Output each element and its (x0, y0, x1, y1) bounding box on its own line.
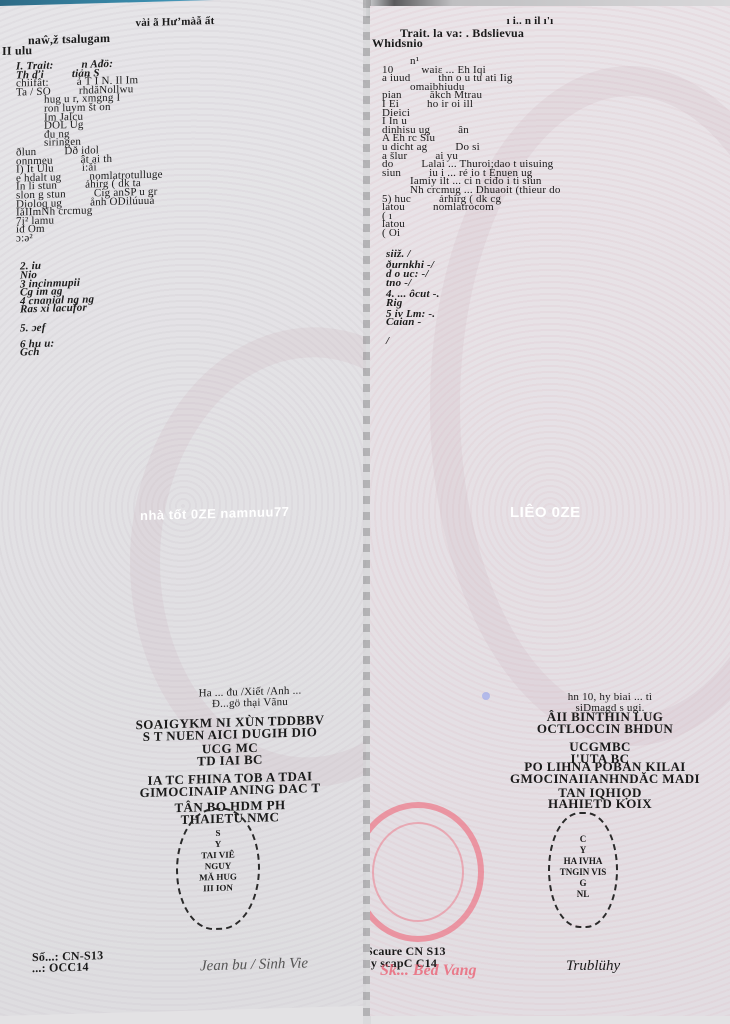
signature: Trublühy (566, 958, 620, 975)
stamp-text: HA IVHA (550, 856, 616, 867)
official-stamp: CYHA IVHATNGIN VISGNL (548, 812, 618, 928)
field-label: ɔ:ə² (16, 232, 33, 244)
section-row: 5. ɔef (20, 323, 46, 335)
left-page: vài ã Hư’màẫ ẩt naŵ,ž tsalugam II ulu I.… (0, 0, 366, 1016)
stamp-text: Y (550, 845, 616, 856)
serial-line2: ...: OCC14 (32, 962, 89, 975)
stamp-text: TNGIN VIS (550, 867, 616, 878)
heading-line2: naŵ,ž tsalugam (28, 33, 110, 46)
section-row: Caian - (386, 317, 421, 328)
field-value: Do si (455, 141, 480, 153)
ink-mark (482, 692, 490, 700)
field-row: ɔ:ə² (16, 232, 61, 244)
signature: Jean bu / Sinh Vie (200, 955, 308, 975)
section-row: Gch (20, 347, 40, 359)
stamp-text: G (550, 878, 616, 889)
stamp-text: NL (550, 889, 616, 900)
watermark: LIÊO 0ZE (510, 504, 581, 521)
sign-title6: GMOCINAIIANHNDĂC MADI (460, 772, 730, 785)
field-row: ( Oi (382, 228, 428, 239)
heading-line3: Whidsnio (372, 38, 423, 49)
section-row: / (386, 336, 389, 347)
field-label: ( Oi (382, 227, 400, 239)
sign-title2: OCTLOCCIN BHDUN (470, 722, 730, 735)
red-seal (370, 802, 484, 942)
stamp-text: C (550, 834, 616, 845)
red-signature: Sk... Bed Vang (380, 962, 476, 980)
right-page: ı i.. n il ı'ı Trait. la va: . Bdslievua… (370, 6, 730, 1016)
stamp-text: III ION (178, 882, 258, 895)
section-row: Ras xi lacufor (20, 303, 87, 316)
field-value: nomlatrocom (433, 201, 494, 213)
heading-line3: II ulu (2, 45, 32, 57)
sign-title8: HAHIETD KOIX (480, 797, 720, 810)
official-stamp: SYTAI VIÊNGUYMĂ HUGIII ION (176, 807, 260, 931)
heading-line1: vài ã Hư’màẫ ẩt (100, 15, 250, 30)
